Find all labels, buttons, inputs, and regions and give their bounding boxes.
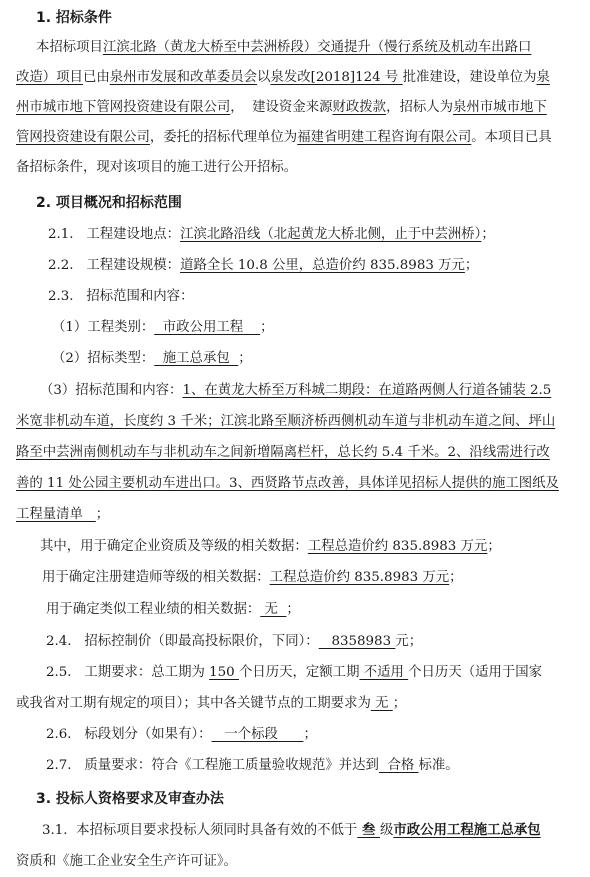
- text: ， 建设资金来源: [230, 100, 332, 115]
- section-2-heading: 2. 项目概况和招标范围: [36, 193, 574, 213]
- item-label: 用于确定注册建造师等级的相关数据：: [42, 570, 270, 585]
- key-node-duration: 无: [371, 696, 393, 711]
- text: 元；: [395, 634, 422, 649]
- scope-text: 善的 11 处公园主要机动车进出口。3、西贤路节点改善，具体详见招标人提供的施工…: [16, 476, 559, 491]
- text: 或我省对工期有规定的项目）；其中各关键节点的工期要求为: [16, 696, 371, 711]
- item-label: （1）工程类别：: [52, 320, 154, 335]
- text: ；: [96, 507, 109, 522]
- item-label: 用于确定类似工程业绩的相关数据：: [46, 602, 260, 617]
- item-2-2: 2.2. 工程建设规模：道路全长 10.8 公里，总造价约 835.8983 万…: [48, 256, 574, 276]
- item-label: （2）招标类型：: [52, 351, 154, 366]
- text: ；: [465, 258, 478, 273]
- item-label: 标段划分（如果有）：: [84, 727, 211, 742]
- item-2-7: 2.7. 质量要求：符合《工程施工质量验收规范》并达到 合格 标准。: [46, 756, 574, 776]
- scope-text: 米宽非机动车道，长度约 3 千米；江滨北路至顺济桥西侧机动车道与非机动车道之间、…: [16, 414, 555, 429]
- item-label: 质量要求：符合《工程施工质量验收规范》并达到: [84, 758, 379, 773]
- constructor-grade-value: 工程总造价约 835.8983 万元: [270, 570, 450, 585]
- control-price: 8358983: [319, 634, 396, 649]
- text: ；: [393, 696, 406, 711]
- total-duration: 150: [209, 665, 239, 680]
- s1-para-line-3: 州市城市地下管网投资建设有限公司， 建设资金来源财政拨款，招标人为泉州市城市地下: [16, 98, 574, 118]
- text: 本招标项目要求投标人须同时具备有效的不低于: [76, 823, 357, 838]
- item-2-3-3-line-2: 米宽非机动车道，长度约 3 千米；江滨北路至顺济桥西侧机动车道与非机动车道之间、…: [16, 412, 574, 432]
- scope-text: 路至中芸洲南侧机动车与非机动车之间新增隔离栏杆，总长约 5.4 千米。2、沿线需…: [16, 445, 550, 460]
- text: 个日历天，定额工期: [239, 665, 360, 680]
- item-2-3-3-line-4: 善的 11 处公园主要机动车进出口。3、西贤路节点改善，具体详见招标人提供的施工…: [16, 474, 574, 494]
- item-2-6: 2.6. 标段划分（如果有）： 一个标段 ；: [46, 725, 574, 745]
- tenderer-cont: 管网投资建设有限公司: [16, 130, 150, 145]
- text: ；: [449, 570, 462, 585]
- item-label: 工程建设规模：: [86, 258, 180, 273]
- similar-projects-value: 无: [260, 602, 286, 617]
- item-2-3-1: （1）工程类别： 市政公用工程 ；: [52, 318, 574, 338]
- qualification-type: 市政公用工程施工总承包: [393, 823, 540, 838]
- construction-location: 江滨北路沿线（北起黄龙大桥北侧，止于中芸洲桥）: [180, 227, 481, 242]
- item-number: 2.3.: [48, 289, 74, 304]
- text: 。本项目已具: [471, 130, 551, 145]
- text: ；: [238, 351, 251, 366]
- item-2-3-2: （2）招标类型： 施工总承包 ；: [52, 349, 574, 369]
- item-3-1-line-1: 3.1. 本招标项目要求投标人须同时具备有效的不低于 叁 级市政公用工程施工总承…: [42, 821, 574, 841]
- tender-type: 施工总承包: [154, 351, 238, 366]
- text: ；: [286, 602, 299, 617]
- approval-doc-number: 泉发改[2018]124 号: [270, 70, 402, 85]
- item-number: 2.4.: [46, 634, 72, 649]
- item-label: （3）招标范围和内容：: [40, 383, 182, 398]
- text: 个日历天（适用于国家: [408, 665, 542, 680]
- scope-text: 工程量清单: [16, 507, 96, 522]
- text: ；: [487, 539, 500, 554]
- item-2-1: 2.1. 工程建设地点：江滨北路沿线（北起黄龙大桥北侧，止于中芸洲桥）；: [48, 225, 574, 245]
- scope-text: 1、在黄龙大桥至万科城二期段：在道路两侧人行道各铺装 2.5: [182, 383, 551, 398]
- s1-para-line-4: 管网投资建设有限公司，委托的招标代理单位为福建省明建工程咨询有限公司。本项目已具: [16, 128, 574, 148]
- text: ，委托的招标代理单位为: [150, 130, 297, 145]
- owner-cont: 州市城市地下管网投资建设有限公司: [16, 100, 230, 115]
- data-similar-projects: 用于确定类似工程业绩的相关数据： 无 ；: [46, 600, 574, 620]
- text: ；: [303, 727, 316, 742]
- tenderer: 泉州市城市地下: [453, 100, 547, 115]
- s1-para-line-5: 备招标条件，现对该项目的施工进行公开招标。: [16, 158, 574, 178]
- data-qualification: 其中，用于确定企业资质及等级的相关数据：工程总造价约 835.8983 万元；: [40, 537, 574, 557]
- text: 标准。: [419, 758, 459, 773]
- item-3-1-line-2: 资质和《施工企业安全生产许可证》。: [16, 852, 574, 872]
- text: ，招标人为: [386, 100, 453, 115]
- text: 工期要求：总工期为: [84, 665, 209, 680]
- text: ；: [481, 227, 494, 242]
- item-2-4: 2.4. 招标控制价（即最高投标限价，下同）： 8358983 元；: [46, 632, 574, 652]
- construction-scale: 道路全长 10.8 公里，总造价约 835.8983 万元: [180, 258, 465, 273]
- text: 本招标项目: [36, 40, 103, 55]
- quality-standard: 合格: [379, 758, 419, 773]
- section-3-heading: 3. 投标人资格要求及审查办法: [36, 789, 574, 809]
- qualification-value: 工程总造价约 835.8983 万元: [308, 539, 488, 554]
- project-name-cont: 改造）项目: [16, 70, 83, 85]
- text: 批准建设，建设单位为: [403, 70, 537, 85]
- item-number: 3.1.: [42, 823, 68, 838]
- item-2-3-3-line-3: 路至中芸洲南侧机动车与非机动车之间新增隔离栏杆，总长约 5.4 千米。2、沿线需…: [16, 443, 574, 463]
- qualification-grade: 叁: [357, 823, 380, 838]
- item-number: 2.5.: [46, 665, 72, 680]
- lot-division: 一个标段: [212, 727, 304, 742]
- item-label: 招标范围和内容：: [86, 289, 193, 304]
- item-number: 2.7.: [46, 758, 72, 773]
- project-name: 江滨北路（黄龙大桥至中芸洲桥段）交通提升（慢行系统及机动车出路口: [103, 40, 532, 55]
- item-number: 2.1.: [48, 227, 74, 242]
- item-number: 2.6.: [46, 727, 72, 742]
- agent: 福建省明建工程咨询有限公司: [297, 130, 471, 145]
- item-label: 招标控制价（即最高投标限价，下同）：: [84, 634, 318, 649]
- text: 级: [380, 823, 393, 838]
- quota-duration: 不适用: [359, 665, 408, 680]
- text: 已由: [83, 70, 110, 85]
- item-2-3-3-line-1: （3）招标范围和内容：1、在黄龙大桥至万科城二期段：在道路两侧人行道各铺装 2.…: [40, 381, 574, 401]
- data-constructor-grade: 用于确定注册建造师等级的相关数据：工程总造价约 835.8983 万元；: [42, 568, 574, 588]
- s1-para-line-1: 本招标项目江滨北路（黄龙大桥至中芸洲桥段）交通提升（慢行系统及机动车出路口: [36, 38, 574, 58]
- item-2-5-line-2: 或我省对工期有规定的项目）；其中各关键节点的工期要求为 无 ；: [16, 694, 574, 714]
- text: ；: [260, 320, 273, 335]
- item-2-5-line-1: 2.5. 工期要求：总工期为 150 个日历天，定额工期 不适用 个日历天（适用…: [46, 663, 574, 683]
- s1-para-line-2: 改造）项目已由泉州市发展和改革委员会以泉发改[2018]124 号 批准建设，建…: [16, 68, 574, 88]
- item-2-3: 2.3. 招标范围和内容：: [48, 287, 574, 307]
- approver: 泉州市发展和改革委员会: [110, 70, 257, 85]
- item-label: 其中，用于确定企业资质及等级的相关数据：: [40, 539, 308, 554]
- item-number: 2.2.: [48, 258, 74, 273]
- text: 以: [257, 70, 270, 85]
- section-1-heading: 1. 招标条件: [36, 8, 574, 28]
- owner: 泉: [537, 70, 550, 85]
- project-category: 市政公用工程: [154, 320, 260, 335]
- fund-source: 财政拨款: [333, 100, 387, 115]
- item-label: 工程建设地点：: [86, 227, 180, 242]
- item-2-3-3-line-5: 工程量清单 ；: [16, 505, 574, 525]
